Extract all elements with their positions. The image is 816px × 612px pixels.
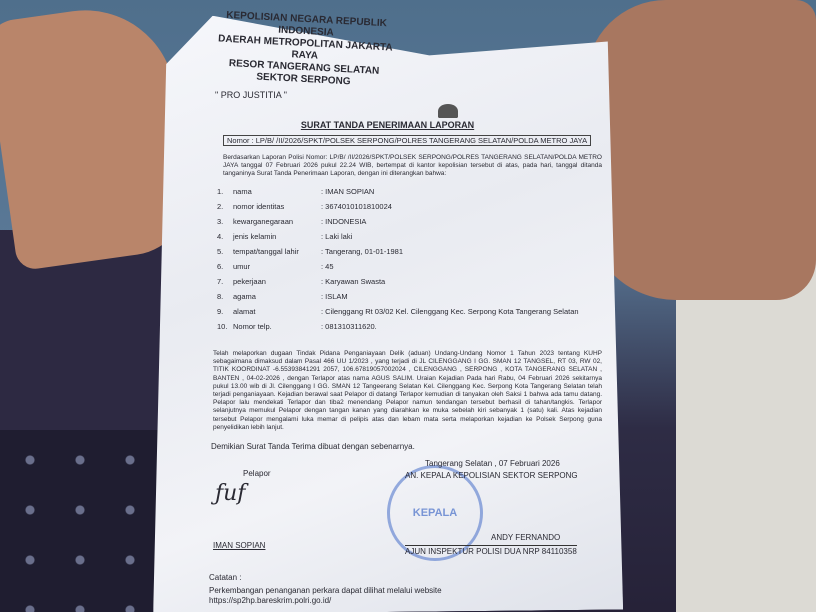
officer-rank: AJUN INSPEKTUR POLISI DUA NRP 84110358: [405, 545, 577, 556]
reporter-signature-icon: ƒuf: [215, 481, 245, 506]
field-value: : IMAN SOPIAN: [321, 187, 610, 196]
field-row: 7.pekerjaan: Karyawan Swasta: [217, 274, 610, 289]
field-row: 3.kewarganegaraan: INDONESIA: [217, 214, 610, 229]
field-key: nama: [233, 187, 321, 196]
field-value: : Tangerang, 01-01-1981: [321, 247, 610, 256]
field-key: jenis kelamin: [233, 232, 321, 241]
officer-name: ANDY FERNANDO: [491, 533, 560, 542]
field-value: : 45: [321, 262, 610, 271]
field-no: 6.: [217, 262, 233, 271]
note-text: Perkembangan penanganan perkara dapat di…: [209, 586, 610, 606]
field-no: 1.: [217, 187, 233, 196]
intro-paragraph: Berdasarkan Laporan Polisi Nomor: LP/B/ …: [223, 154, 602, 178]
field-row: 10.Nomor telp.: 081310311620.: [217, 319, 610, 334]
field-no: 10.: [217, 322, 233, 331]
field-row: 1.nama: IMAN SOPIAN: [217, 184, 610, 199]
field-key: nomor identitas: [233, 202, 321, 211]
field-row: 4.jenis kelamin: Laki laki: [217, 229, 610, 244]
field-no: 9.: [217, 307, 233, 316]
field-row: 5.tempat/tanggal lahir: Tangerang, 01-01…: [217, 244, 610, 259]
report-body-paragraph: Telah melaporkan dugaan Tindak Pidana Pe…: [213, 350, 602, 432]
field-row: 2.nomor identitas: 3674010101810024: [217, 199, 610, 214]
reporter-name: IMAN SOPIAN: [213, 541, 265, 550]
field-no: 3.: [217, 217, 233, 226]
police-emblem-icon: [438, 104, 458, 118]
field-no: 2.: [217, 202, 233, 211]
field-row: 9.alamat: Cilenggang Rt 03/02 Kel. Cilen…: [217, 304, 610, 319]
field-value: : 3674010101810024: [321, 202, 610, 211]
police-report-document: KEPOLISIAN NEGARA REPUBLIK INDONESIA DAE…: [165, 14, 610, 606]
document-title: SURAT TANDA PENERIMAAN LAPORAN: [165, 120, 610, 130]
reporter-label: Pelapor: [243, 469, 271, 478]
field-value: : INDONESIA: [321, 217, 610, 226]
field-key: agama: [233, 292, 321, 301]
right-hand: [586, 0, 816, 300]
report-number: Nomor : LP/B/ /II/2026/SPKT/POLSEK SERPO…: [223, 135, 591, 146]
signature-block: Pelapor ƒuf IMAN SOPIAN KEPALA Tangerang…: [165, 457, 610, 557]
note-description: Perkembangan penanganan perkara dapat di…: [209, 586, 610, 596]
field-key: alamat: [233, 307, 321, 316]
background-pattern-fabric: [0, 430, 160, 612]
reporter-fields: 1.nama: IMAN SOPIAN 2.nomor identitas: 3…: [217, 184, 610, 334]
on-behalf-of: AN. KEPALA KEPOLISIAN SEKTOR SERPONG: [405, 471, 578, 480]
field-value: : Cilenggang Rt 03/02 Kel. Cilenggang Ke…: [321, 307, 610, 316]
field-no: 7.: [217, 277, 233, 286]
field-no: 8.: [217, 292, 233, 301]
note-label: Catatan :: [209, 573, 610, 582]
field-key: pekerjaan: [233, 277, 321, 286]
background-clothing-right: [676, 250, 816, 612]
field-key: tempat/tanggal lahir: [233, 247, 321, 256]
note-url: https://sp2hp.bareskrim.polri.go.id/: [209, 596, 610, 606]
field-key: kewarganegaraan: [233, 217, 321, 226]
field-key: umur: [233, 262, 321, 271]
field-no: 5.: [217, 247, 233, 256]
field-row: 8.agama: ISLAM: [217, 289, 610, 304]
place-date: Tangerang Selatan , 07 Februari 2026: [425, 459, 560, 468]
field-row: 6.umur: 45: [217, 259, 610, 274]
pro-justitia: " PRO JUSTITIA ": [215, 90, 610, 100]
field-value: : 081310311620.: [321, 322, 610, 331]
field-no: 4.: [217, 232, 233, 241]
document-header: KEPOLISIAN NEGARA REPUBLIK INDONESIA DAE…: [203, 9, 406, 91]
field-value: : ISLAM: [321, 292, 610, 301]
field-key: Nomor telp.: [233, 322, 321, 331]
closing-statement: Demikian Surat Tanda Terima dibuat denga…: [211, 442, 610, 451]
field-value: : Laki laki: [321, 232, 610, 241]
field-value: : Karyawan Swasta: [321, 277, 610, 286]
